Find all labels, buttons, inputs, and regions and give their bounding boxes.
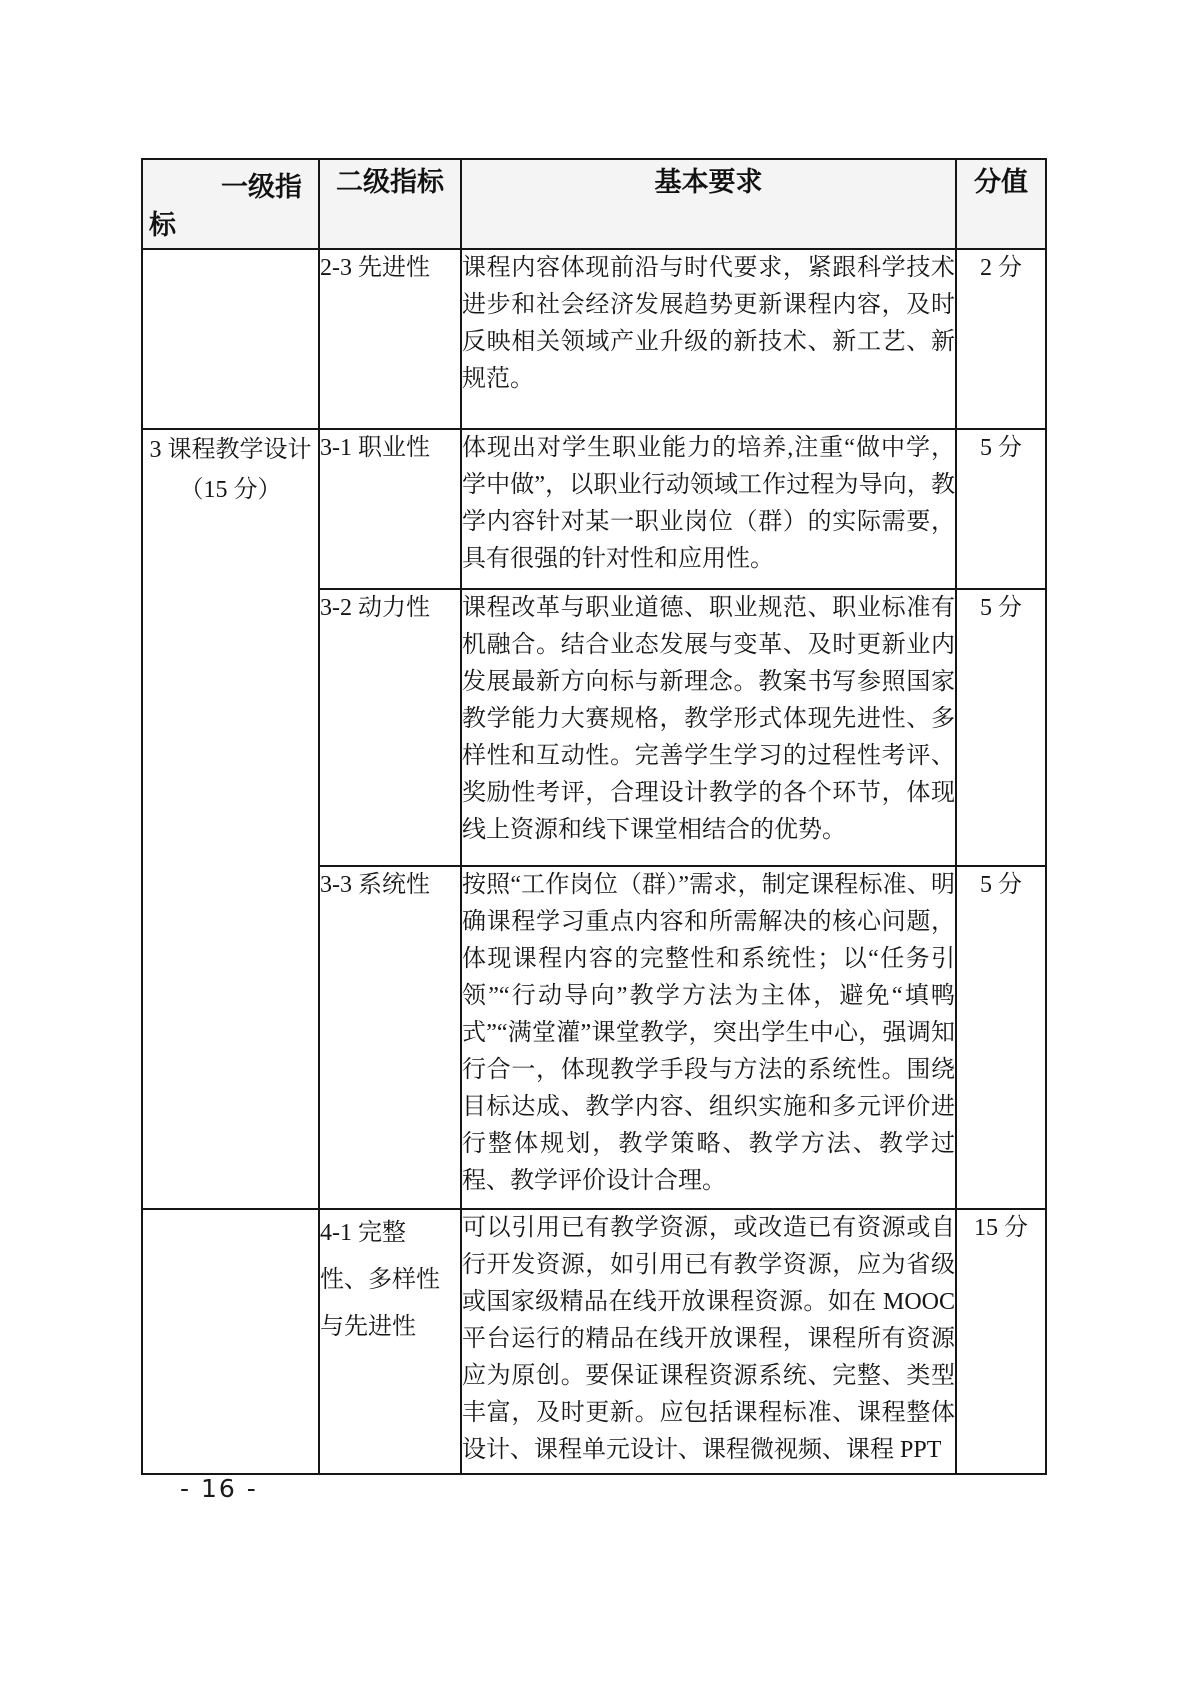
table-row: 4-1 完整 性、多样性 与先进性 可以引用已有教学资源，或改造已有资源或自行开… — [142, 1209, 1046, 1474]
header-level1-indicator: 一级指标 — [142, 159, 319, 249]
table-row: 2-3 先进性 课程内容体现前沿与时代要求，紧跟科学技术进步和社会经济发展趋势更… — [142, 249, 1046, 429]
requirement-text: 课程内容体现前沿与时代要求，紧跟科学技术进步和社会经济发展趋势更新课程内容，及时… — [461, 249, 956, 429]
level2-label: 4-1 完整 性、多样性 与先进性 — [319, 1209, 461, 1474]
header-basic-requirement: 基本要求 — [461, 159, 956, 249]
header-level1-indicator-label: 一级指标 — [143, 160, 318, 244]
header-level2-indicator: 二级指标 — [319, 159, 461, 249]
score-value: 15 分 — [956, 1209, 1046, 1474]
requirement-text: 可以引用已有教学资源，或改造已有资源或自行开发资源，如引用已有教学资源，应为省级… — [461, 1209, 956, 1474]
level2-label: 2-3 先进性 — [319, 249, 461, 429]
evaluation-criteria-table: 一级指标 二级指标 基本要求 分值 2-3 先进性 课程内容体现前沿与时代要求，… — [141, 158, 1047, 1475]
score-value: 2 分 — [956, 249, 1046, 429]
level2-label: 3-1 职业性 — [319, 429, 461, 589]
level1-group-label: 3 课程教学设计（15 分） — [142, 429, 319, 1209]
page-number: - 16 - — [180, 1474, 258, 1503]
requirement-text: 按照“工作岗位（群）”需求，制定课程标准、明确课程学习重点内容和所需解决的核心问… — [461, 866, 956, 1209]
document-page: 一级指标 二级指标 基本要求 分值 2-3 先进性 课程内容体现前沿与时代要求，… — [0, 0, 1191, 1684]
level2-label: 3-3 系统性 — [319, 866, 461, 1209]
level1-cell-empty — [142, 249, 319, 429]
requirement-text: 体现出对学生职业能力的培养,注重“做中学，学中做”，以职业行动领域工作过程为导向… — [461, 429, 956, 589]
requirement-text: 课程改革与职业道德、职业规范、职业标准有机融合。结合业态发展与变革、及时更新业内… — [461, 589, 956, 866]
header-score: 分值 — [956, 159, 1046, 249]
score-value: 5 分 — [956, 589, 1046, 866]
level1-cell-empty — [142, 1209, 319, 1474]
level2-label: 3-2 动力性 — [319, 589, 461, 866]
table-row: 3 课程教学设计（15 分） 3-1 职业性 体现出对学生职业能力的培养,注重“… — [142, 429, 1046, 589]
score-value: 5 分 — [956, 866, 1046, 1209]
table-header-row: 一级指标 二级指标 基本要求 分值 — [142, 159, 1046, 249]
score-value: 5 分 — [956, 429, 1046, 589]
